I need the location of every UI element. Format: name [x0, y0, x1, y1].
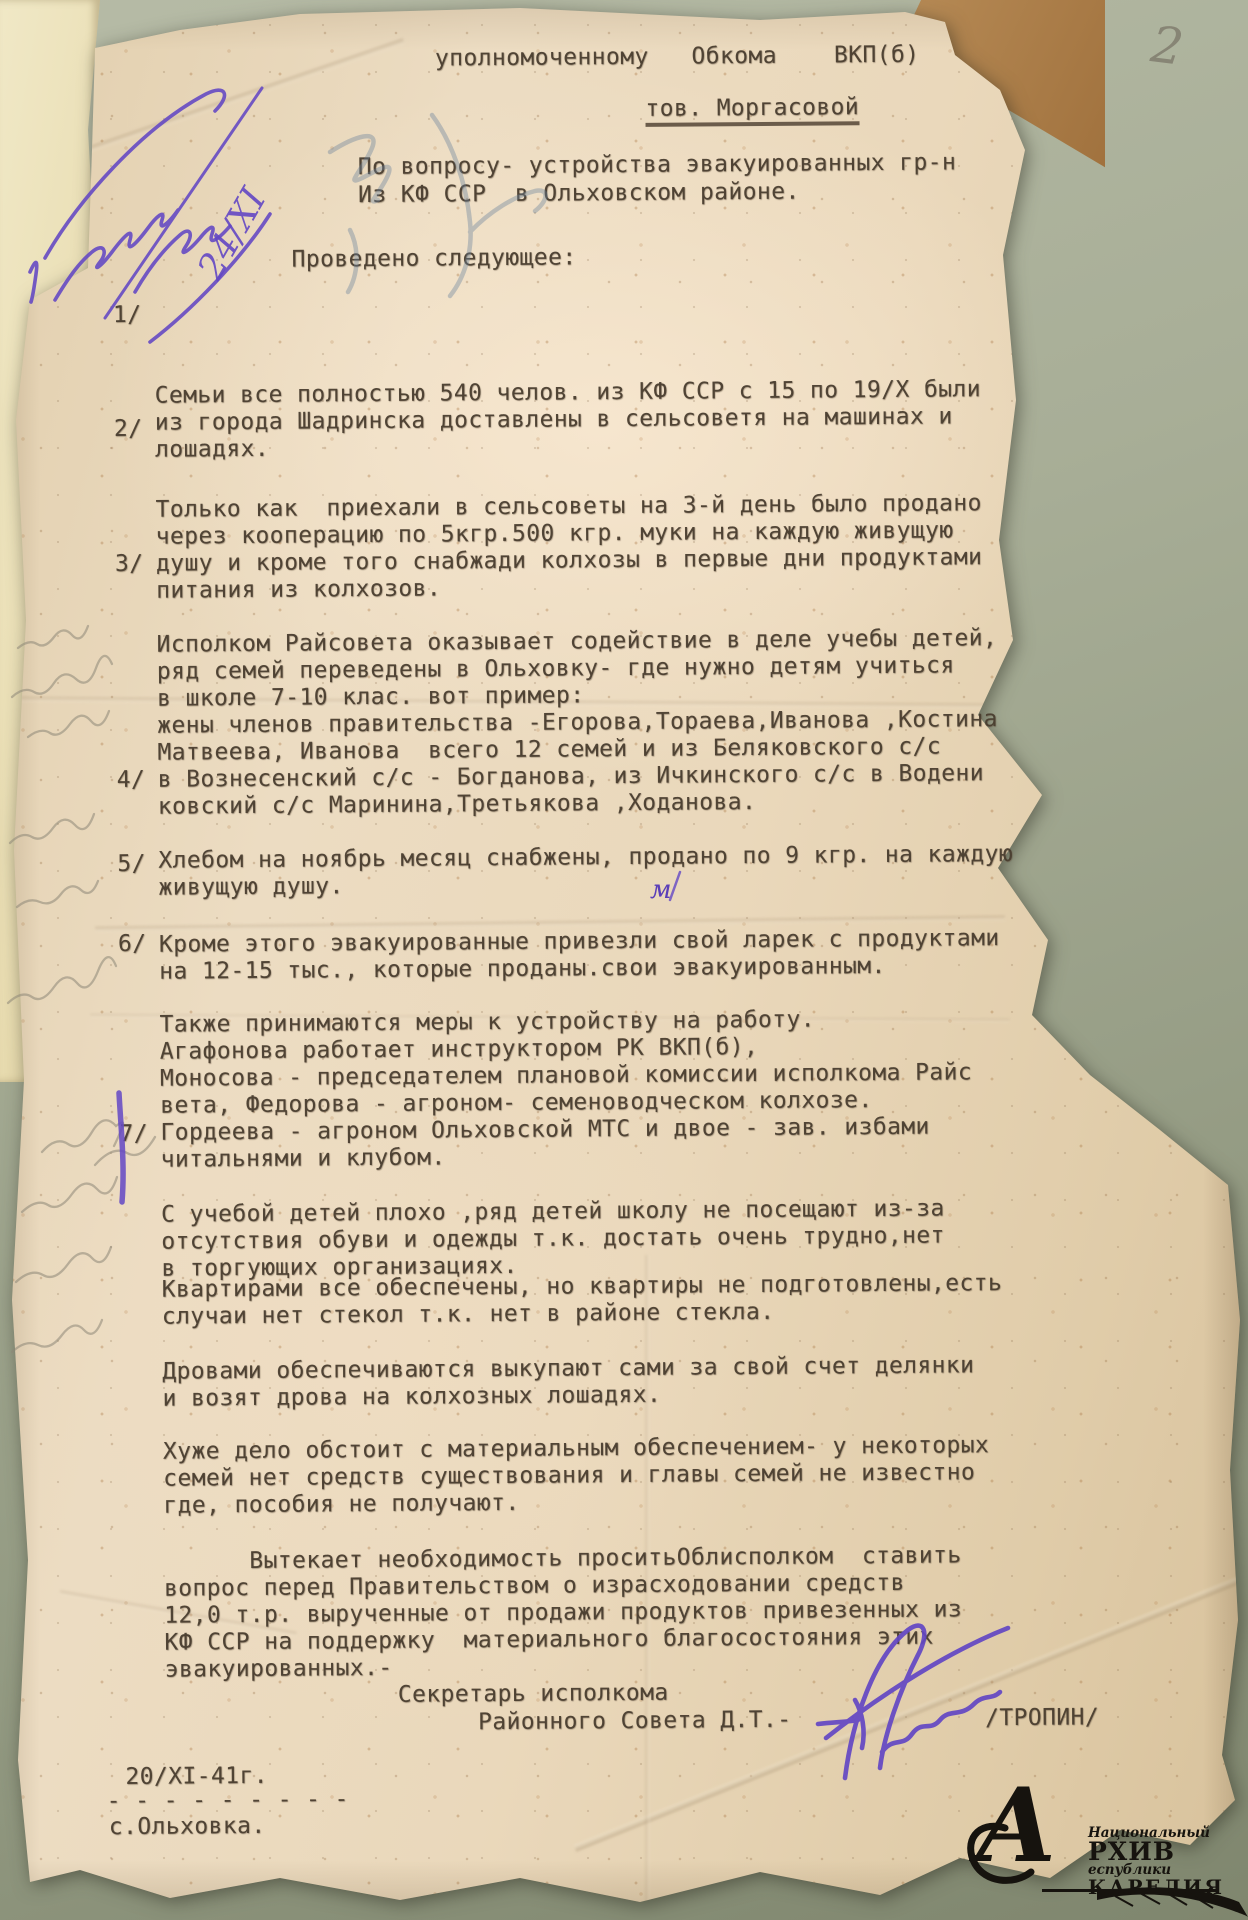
typed-text-layer: уполномоченному Обкома ВКП(б) тов. Морга… [0, 0, 1248, 1920]
closing-role-1: Секретарь исполкома [398, 1680, 669, 1709]
archive-watermark-text: Национальный РХИВ еспублики КАРЕЛИЯ [1088, 1826, 1248, 1898]
scanned-document: уполномоченному Обкома ВКП(б) тов. Морга… [0, 0, 1248, 1920]
item-number: 3/ [115, 551, 144, 578]
footer-dashes: - - - - - - - - - [107, 1786, 349, 1815]
item-number: 5/ [117, 851, 146, 878]
archive-watermark: А Национальный РХИВ еспублики КАРЕЛИЯ [955, 1780, 1248, 1920]
footer-place: с.Ольховка. [109, 1813, 266, 1841]
item-number: 7/ [119, 1121, 148, 1148]
watermark-word-karelia: КАРЕЛИЯ [1088, 1877, 1248, 1898]
closing-name: /ТРОПИН/ [985, 1704, 1099, 1732]
paragraph-lines: Вытекает необходимость проситьОблисполко… [164, 1542, 963, 1683]
item-number: 1/ [113, 302, 142, 329]
watermark-word-arkhiv: РХИВ [1088, 1840, 1248, 1863]
item-number: 4/ [117, 767, 146, 794]
subject-line-1: По вопросу- устройства эвакуированных гр… [358, 149, 957, 181]
subject-line-2: Из КФ ССР в Ольховском районе. [358, 179, 800, 209]
addressee-name: тов. Моргасовой [645, 94, 859, 127]
addressee-line-2: тов. Моргасовой [645, 94, 859, 123]
item-number: 6/ [118, 931, 147, 958]
item-number: 2/ [114, 416, 143, 443]
addressee-line-1: уполномоченному Обкома ВКП(б) [435, 42, 920, 73]
typed-line: эвакуированных.- [165, 1650, 963, 1683]
intro-line: Проведено следующее: [291, 244, 576, 273]
watermark-underline [1042, 1889, 1218, 1892]
closing-role-2: Районного Совета Д.Т.- [478, 1707, 792, 1736]
